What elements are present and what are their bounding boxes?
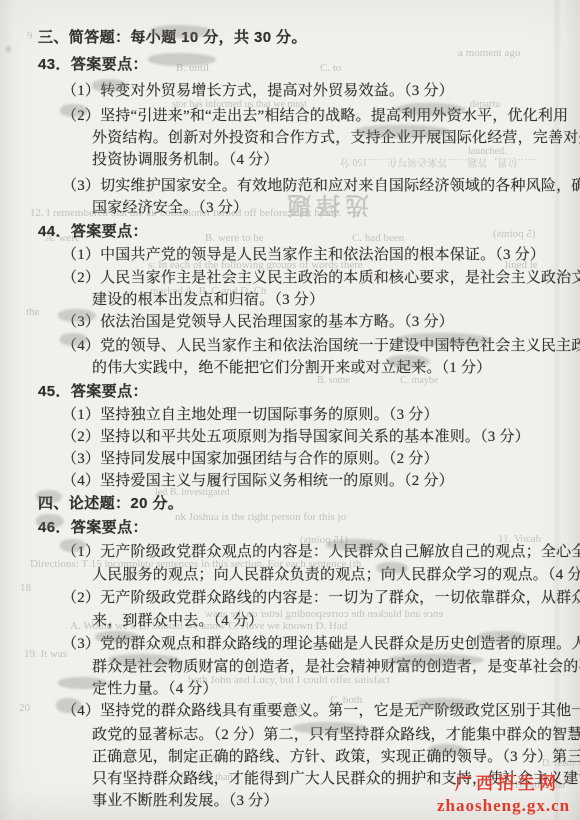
scan-smudge [36,514,64,528]
scan-smudge [396,333,492,346]
scan-smudge [95,631,139,643]
scan-artifacts-layer [0,0,580,820]
watermark: 广西招生网 zhaosheng.gx.cn [437,774,570,817]
scan-smudge [58,677,108,689]
scan-smudge [60,539,86,552]
scan-smudge [148,53,216,66]
scan-smudge [478,631,528,643]
watermark-site-url: zhaosheng.gx.cn [437,796,570,816]
scan-smudge [326,539,388,551]
scan-smudge [36,490,62,503]
scan-smudge [386,355,430,368]
scan-smudge [428,744,466,756]
scan-smudge [6,46,11,52]
scan-smudge [108,654,180,666]
scan-smudge [412,698,476,710]
scanned-page: 9a moment agoB. untilC. tostor has infor… [0,0,580,820]
scan-smudge [56,698,82,713]
scan-smudge [60,104,88,117]
scan-smudge [60,333,88,346]
scan-smudge [376,562,408,574]
scan-smudge [396,103,466,116]
scan-smudge [150,25,212,38]
scan-smudge [92,79,128,92]
scan-smudge [355,125,451,138]
scan-smudge [293,722,367,734]
scan-smudge [58,309,96,322]
scan-smudge [388,654,484,666]
watermark-site-name: 广西招生网 [455,774,570,794]
